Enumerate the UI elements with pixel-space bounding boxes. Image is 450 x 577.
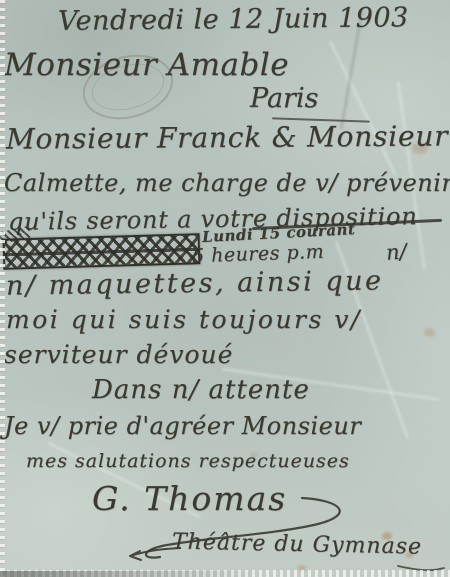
- crossed-out-text: [3, 233, 201, 269]
- perforated-left-edge: [0, 0, 5, 577]
- signature: G. Thomas: [92, 479, 287, 518]
- closing-line-1: Dans n/ attente: [92, 375, 310, 405]
- body-line-6: serviteur dévoué: [4, 340, 233, 369]
- body-line-4: n/ maquettes, ainsi que: [6, 265, 384, 301]
- date-line: Vendredi le 12 Juin 1903: [58, 2, 409, 37]
- letter-photo: Vendredi le 12 Juin 1903 Monsieur Amable…: [0, 0, 450, 577]
- closing-line-3: mes salutations respectueuses: [26, 450, 350, 472]
- body-line-5: moi qui suis toujours v/: [6, 305, 362, 334]
- stain: [424, 328, 435, 337]
- body-line-2: Calmette, me charge de v/ prévenir: [4, 169, 450, 197]
- closing-line-2: Je v/ prie d'agréer Monsieur: [4, 412, 361, 440]
- insertion-line-2: 5 heures p.m: [192, 241, 325, 268]
- insertion-line-2b: n/: [385, 239, 407, 264]
- bottom-edge-shadow: [0, 571, 261, 577]
- organization-line: Théâtre du Gymnase: [172, 529, 423, 559]
- city-line: Paris: [250, 83, 318, 114]
- recipient-line: Monsieur Amable: [4, 47, 289, 83]
- body-line-1: Monsieur Franck & Monsieur: [6, 119, 449, 155]
